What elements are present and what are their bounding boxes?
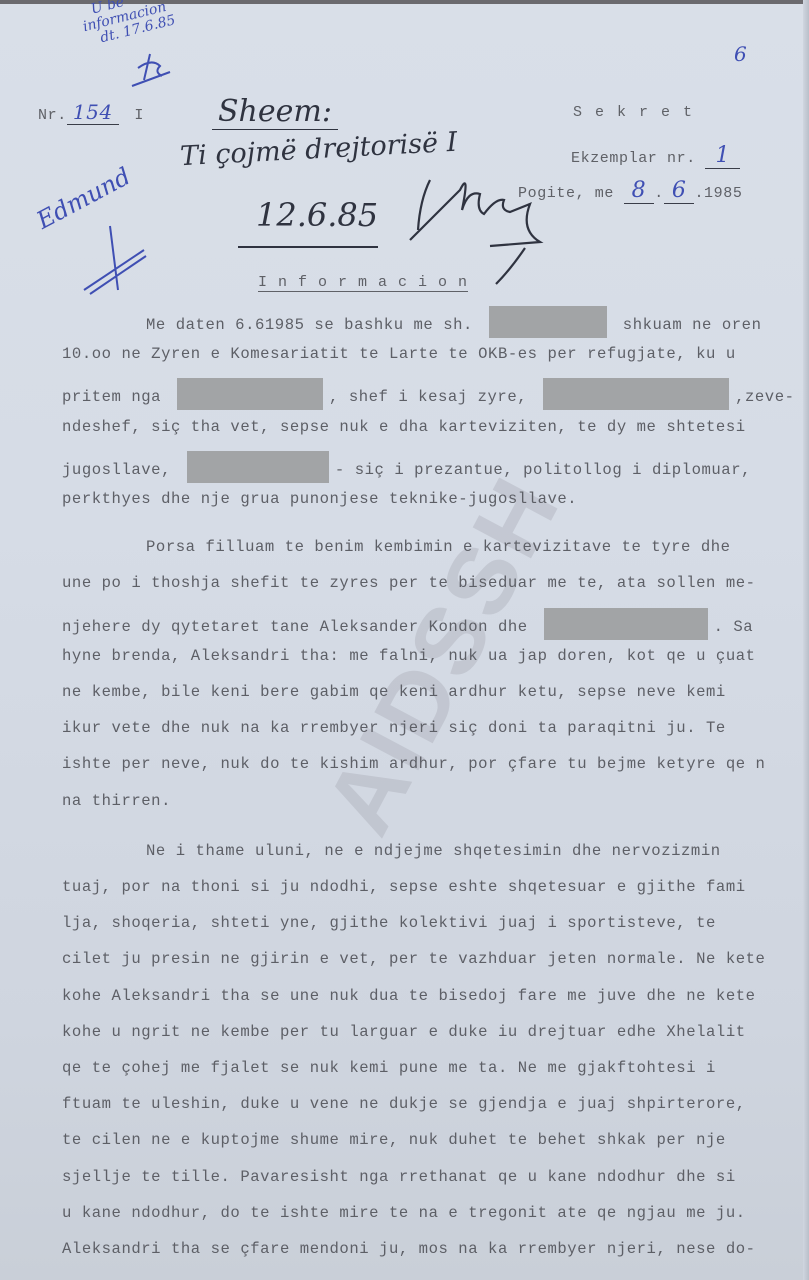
body-line: ishte per neve, nuk do te kishim ardhur,… [62, 755, 765, 773]
body-line: ftuam te uleshin, duke u vene ne dukje s… [62, 1095, 746, 1113]
body-text: hyne brenda, Aleksandri tha: me falni, n… [62, 647, 756, 665]
instruction-date: 12.6.85 [256, 196, 378, 234]
date-year: .1985 [694, 185, 742, 202]
body-line: kohe Aleksandri tha se une nuk dua te bi… [62, 987, 756, 1005]
body-text: - siç i prezantue, politollog i diplomua… [335, 461, 751, 479]
nr-suffix: I [134, 107, 144, 124]
body-line: ndeshef, siç tha vet, sepse nuk e dha ka… [62, 418, 746, 436]
nr-value: 154 [67, 100, 119, 125]
body-text: cilet ju presin ne gjirin e vet, per te … [62, 950, 765, 968]
redaction-box [187, 451, 329, 483]
body-line: Porsa filluam te benim kembimin e kartev… [146, 538, 731, 556]
redaction-box [177, 378, 323, 410]
body-text: ndeshef, siç tha vet, sepse nuk e dha ka… [62, 418, 746, 436]
document-title: I n f o r m a c i o n [258, 274, 468, 292]
body-text: kohe Aleksandri tha se une nuk dua te bi… [62, 987, 756, 1005]
instruction-date-underline [238, 246, 378, 248]
body-text: Aleksandri tha se çfare mendoni ju, mos … [62, 1240, 756, 1258]
page-number: 6 [734, 42, 747, 66]
date-day: 8 [624, 178, 655, 204]
body-text: jugosllave, [62, 461, 181, 479]
body-text: Me daten 6.61985 se bashku me sh. [146, 316, 483, 334]
instruction-title: Sheem: [212, 94, 338, 130]
body-text: , shef i kesaj zyre, [329, 389, 537, 407]
body-text: na thirren. [62, 792, 171, 810]
body-line: u kane ndodhur, do te ishte mire te na e… [62, 1204, 746, 1222]
copy-label: Ekzemplar nr. [571, 150, 696, 167]
body-line: une po i thoshja shefit te zyres per te … [62, 574, 756, 592]
body-line: hyne brenda, Aleksandri tha: me falni, n… [62, 647, 756, 665]
redaction-box [543, 378, 729, 410]
initials-scribble-icon [130, 50, 175, 90]
body-text: te cilen ne e kuptojme shume mire, nuk d… [62, 1131, 726, 1149]
body-line: perkthyes dhe nje grua punonjese teknike… [62, 490, 577, 508]
body-text: ,zeve- [735, 389, 794, 407]
redaction-box [544, 608, 708, 640]
body-text: sjellje te tille. Pavaresisht nga rretha… [62, 1168, 736, 1186]
copy-number-field: Ekzemplar nr. 1 [571, 143, 740, 168]
cross-mark-icon [80, 220, 150, 300]
body-line: lja, shoqeria, shteti yne, gjithe kolekt… [62, 914, 716, 932]
body-text: perkthyes dhe nje grua punonjese teknike… [62, 490, 577, 508]
body-line: pritem nga , shef i kesaj zyre, ,zeve- [62, 381, 795, 413]
body-line: Ne i thame uluni, ne e ndjejme shqetesim… [146, 842, 721, 860]
redaction-box [489, 306, 607, 338]
copy-value: 1 [705, 143, 740, 169]
body-text: njehere dy qytetaret tane Aleksander Kon… [62, 618, 538, 636]
classification-label: S e k r e t [573, 104, 694, 121]
place-date-label: Pogite, me [518, 185, 614, 202]
body-line: sjellje te tille. Pavaresisht nga rretha… [62, 1168, 736, 1186]
body-text: tuaj, por na thoni si ju ndodhi, sepse e… [62, 878, 746, 896]
body-line: ne kembe, bile keni bere gabim qe keni a… [62, 683, 726, 701]
body-text: qe te çohej me fjalet se nuk kemi pune m… [62, 1059, 716, 1077]
body-line: njehere dy qytetaret tane Aleksander Kon… [62, 611, 753, 643]
body-line: Aleksandri tha se çfare mendoni ju, mos … [62, 1240, 756, 1258]
nr-field: Nr.154 I [38, 100, 144, 124]
body-line: ikur vete dhe nuk na ka rrembyer njeri s… [62, 719, 726, 737]
body-line: qe te çohej me fjalet se nuk kemi pune m… [62, 1059, 716, 1077]
body-text: lja, shoqeria, shteti yne, gjithe kolekt… [62, 914, 716, 932]
body-text: 10.oo ne Zyren e Komesariatit te Larte t… [62, 345, 736, 363]
body-line: kohe u ngrit ne kembe per tu larguar e d… [62, 1023, 746, 1041]
body-text: ne kembe, bile keni bere gabim qe keni a… [62, 683, 726, 701]
body-line: te cilen ne e kuptojme shume mire, nuk d… [62, 1131, 726, 1149]
handwritten-note-top: U be informacion dt. 17.6.85 [78, 0, 177, 50]
scan-right-edge [803, 0, 809, 1280]
body-text: Porsa filluam te benim kembimin e kartev… [146, 538, 731, 556]
body-text: shkuam ne oren [613, 316, 762, 334]
body-text: kohe u ngrit ne kembe per tu larguar e d… [62, 1023, 746, 1041]
body-text: u kane ndodhur, do te ishte mire te na e… [62, 1204, 746, 1222]
body-line: 10.oo ne Zyren e Komesariatit te Larte t… [62, 345, 736, 363]
body-text: ftuam te uleshin, duke u vene ne dukje s… [62, 1095, 746, 1113]
body-line: Me daten 6.61985 se bashku me sh. shkuam… [146, 309, 762, 341]
body-line: na thirren. [62, 792, 171, 810]
nr-label: Nr. [38, 107, 67, 124]
body-text: ishte per neve, nuk do te kishim ardhur,… [62, 755, 765, 773]
date-month: 6 [664, 178, 695, 204]
body-text: . Sa [714, 618, 754, 636]
body-line: tuaj, por na thoni si ju ndodhi, sepse e… [62, 878, 746, 896]
body-text: ikur vete dhe nuk na ka rrembyer njeri s… [62, 719, 726, 737]
body-text: Ne i thame uluni, ne e ndjejme shqetesim… [146, 842, 721, 860]
body-text: pritem nga [62, 389, 171, 407]
body-text: une po i thoshja shefit te zyres per te … [62, 574, 756, 592]
body-line: jugosllave, - siç i prezantue, politollo… [62, 454, 751, 486]
place-date-field: Pogite, me 8.6.1985 [518, 178, 742, 203]
body-line: cilet ju presin ne gjirin e vet, per te … [62, 950, 765, 968]
